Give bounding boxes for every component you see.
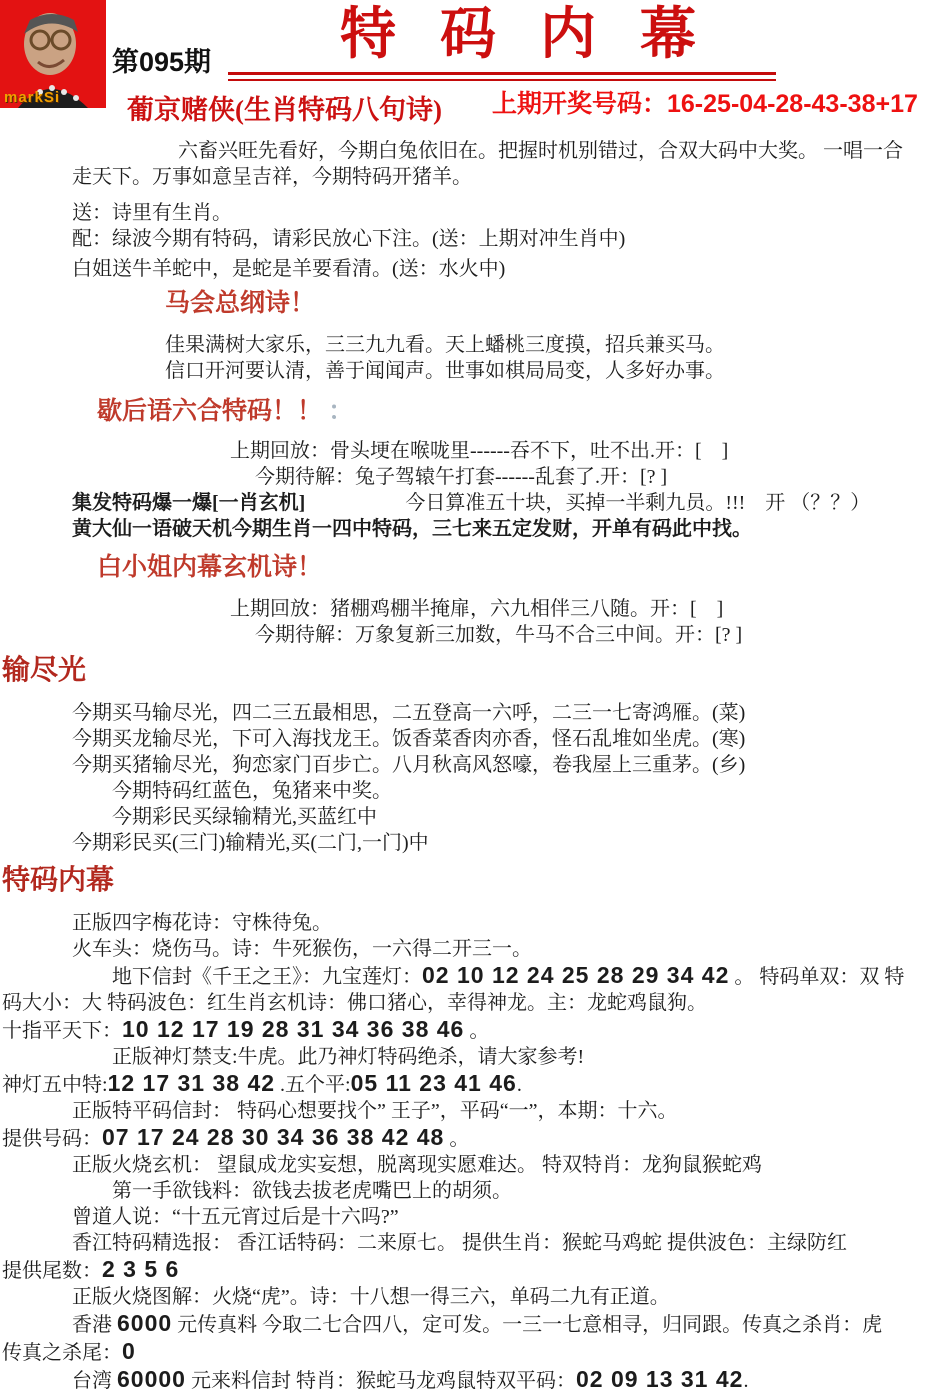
- replay-line: 上期回放：骨头埂在喉咙里------吞不下，吐不出.开：[ ]: [230, 438, 949, 464]
- baijie-line: 白姐送牛羊蛇中，是蛇是羊要看清。(送：水火中): [72, 256, 949, 282]
- numbers-line: 提供尾数：2 3 5 6: [2, 1256, 949, 1284]
- tip-line: 正版火烧玄机： 望鼠成龙实妄想，脱离现实愿难达。 特双特肖：龙狗鼠猴蛇鸡: [72, 1152, 949, 1178]
- body-lines: 六畜兴旺先看好，今期白兔依旧在。把握时机别错过，合双大码中大奖。 一唱一合走天下…: [0, 134, 949, 1394]
- issue-label: 第095期: [112, 40, 211, 79]
- tip-line: 香江特码精选报： 香江话特码：二来原七。 提供生肖：猴蛇马鸡蛇 提供波色：主绿防…: [72, 1230, 949, 1256]
- poem-line: 六畜兴旺先看好，今期白兔依旧在。把握时机别错过，合双大码中大奖。 一唱一合: [178, 138, 949, 164]
- poem-line: 今期买猪输尽光，狗恋家门百步亡。八月秋高风怒嚎，卷我屋上三重茅。(乡): [72, 752, 949, 778]
- mark-six-photo: markSi: [0, 0, 106, 108]
- tip-line: 今期彩民买(三门)输精光,买(二门,一门)中: [72, 830, 949, 856]
- pei-line: 配：绿波今期有特码，请彩民放心下注。(送：上期对冲生肖中): [72, 226, 949, 252]
- heading-xiehouyu: 歇后语六合特码！！ ：: [97, 396, 949, 428]
- page-title: 特码内幕: [238, 0, 798, 70]
- heading-baixiaojie: 白小姐内幕玄机诗！: [97, 552, 949, 584]
- tip-line: 今期彩民买绿输精光,买蓝红中: [112, 804, 949, 830]
- numbers-line: 传真之杀尾：0: [2, 1338, 949, 1366]
- heading-temaneimu: 特码内幕: [2, 864, 949, 898]
- tip-line: 火车头：烧伤马。诗：牛死猴伤，一六得二开三一。: [72, 936, 949, 962]
- heading-mahui: 马会总纲诗！: [165, 288, 949, 320]
- numbers-line: 码大小：大 特码波色：红生肖玄机诗：佛口猪心，幸得神龙。主：龙蛇鸡鼠狗。: [2, 990, 949, 1016]
- logo-caption: markSi: [4, 89, 60, 106]
- poem-line: 走天下。万事如意呈吉祥，今期特码开猪羊。: [72, 164, 949, 190]
- tip-line: 正版四字梅花诗：守株待兔。: [72, 910, 949, 936]
- poem-line: 今期买龙输尽光，下可入海找龙王。饭香菜香肉亦香，怪石乱堆如坐虎。(寒): [72, 726, 949, 752]
- tip-line: 曾道人说：“十五元宵过后是十六吗?”: [72, 1204, 949, 1230]
- last-draw-numbers: 上期开奖号码：16-25-04-28-43-38+17: [492, 84, 918, 120]
- song-line: 送：诗里有生肖。: [72, 200, 949, 226]
- pending-line: 今期待解：万象复新三加数，牛马不合三中间。开：[? ]: [255, 622, 949, 648]
- poem-line: 信口开河要认清，善于闻闻声。世事如棋局局变，人多好办事。: [165, 358, 949, 384]
- jifa-line: 集发特码爆一爆[一肖玄机] 今日算准五十块，买掉一半剩九员。!!! 开 （？？）: [72, 490, 949, 516]
- numbers-line: 香港 6000 元传真料 今取二七合四八，定可发。一三一七意相寻，归同跟。传真之…: [72, 1310, 949, 1338]
- heading-shujinguang: 输尽光: [2, 654, 949, 688]
- numbers-line: 神灯五中特:12 17 31 38 42 .五个平:05 11 23 41 46…: [2, 1070, 949, 1098]
- page-header: markSi 第095期 特码内幕 葡京赌侠(生肖特码八句诗) 上期开奖号码：1…: [0, 0, 949, 134]
- numbers-line: 十指平天下：10 12 17 19 28 31 34 36 38 46 。: [2, 1016, 949, 1044]
- replay-line: 上期回放：猪棚鸡棚半掩扉，六九相伴三八随。开：[ ]: [230, 596, 949, 622]
- numbers-line: 地下信封《千王之王》：九宝莲灯：02 10 12 24 25 28 29 34 …: [112, 962, 949, 990]
- tip-line: 正版神灯禁支:牛虎。此乃神灯特码绝杀，请大家参考!: [112, 1044, 949, 1070]
- numbers-line: 提供号码：07 17 24 28 30 34 36 38 42 48 。: [2, 1124, 949, 1152]
- title-underline: [228, 72, 776, 81]
- pending-line: 今期待解：兔子驾辕午打套------乱套了.开：[? ]: [255, 464, 949, 490]
- numbers-line: 台湾 60000 元来料信封 特肖：猴蛇马龙鸡鼠特双平码：02 09 13 31…: [72, 1366, 949, 1394]
- poem-line: 佳果满树大家乐，三三九九看。天上蟠桃三度摸，招兵兼买马。: [165, 332, 949, 358]
- tip-line: 今期特码红蓝色，兔猪来中奖。: [112, 778, 949, 804]
- huangdaxian-line: 黄大仙一语破天机今期生肖一四中特码，三七来五定发财，开单有码此中找。: [72, 516, 949, 542]
- tip-line: 正版火烧图解：火烧“虎”。诗：十八想一得三六，单码二九有正道。: [72, 1284, 949, 1310]
- poem-line: 今期买马输尽光，四二三五最相思，二五登高一六呼，二三一七寄鸿雁。(菜): [72, 700, 949, 726]
- subtitle: 葡京赌侠(生肖特码八句诗): [127, 88, 442, 127]
- tip-line: 第一手欲钱料：欲钱去拔老虎嘴巴上的胡须。: [112, 1178, 949, 1204]
- tip-line: 正版特平码信封： 特码心想要找个” 王子”，平码“一”，本期：十六。: [72, 1098, 949, 1124]
